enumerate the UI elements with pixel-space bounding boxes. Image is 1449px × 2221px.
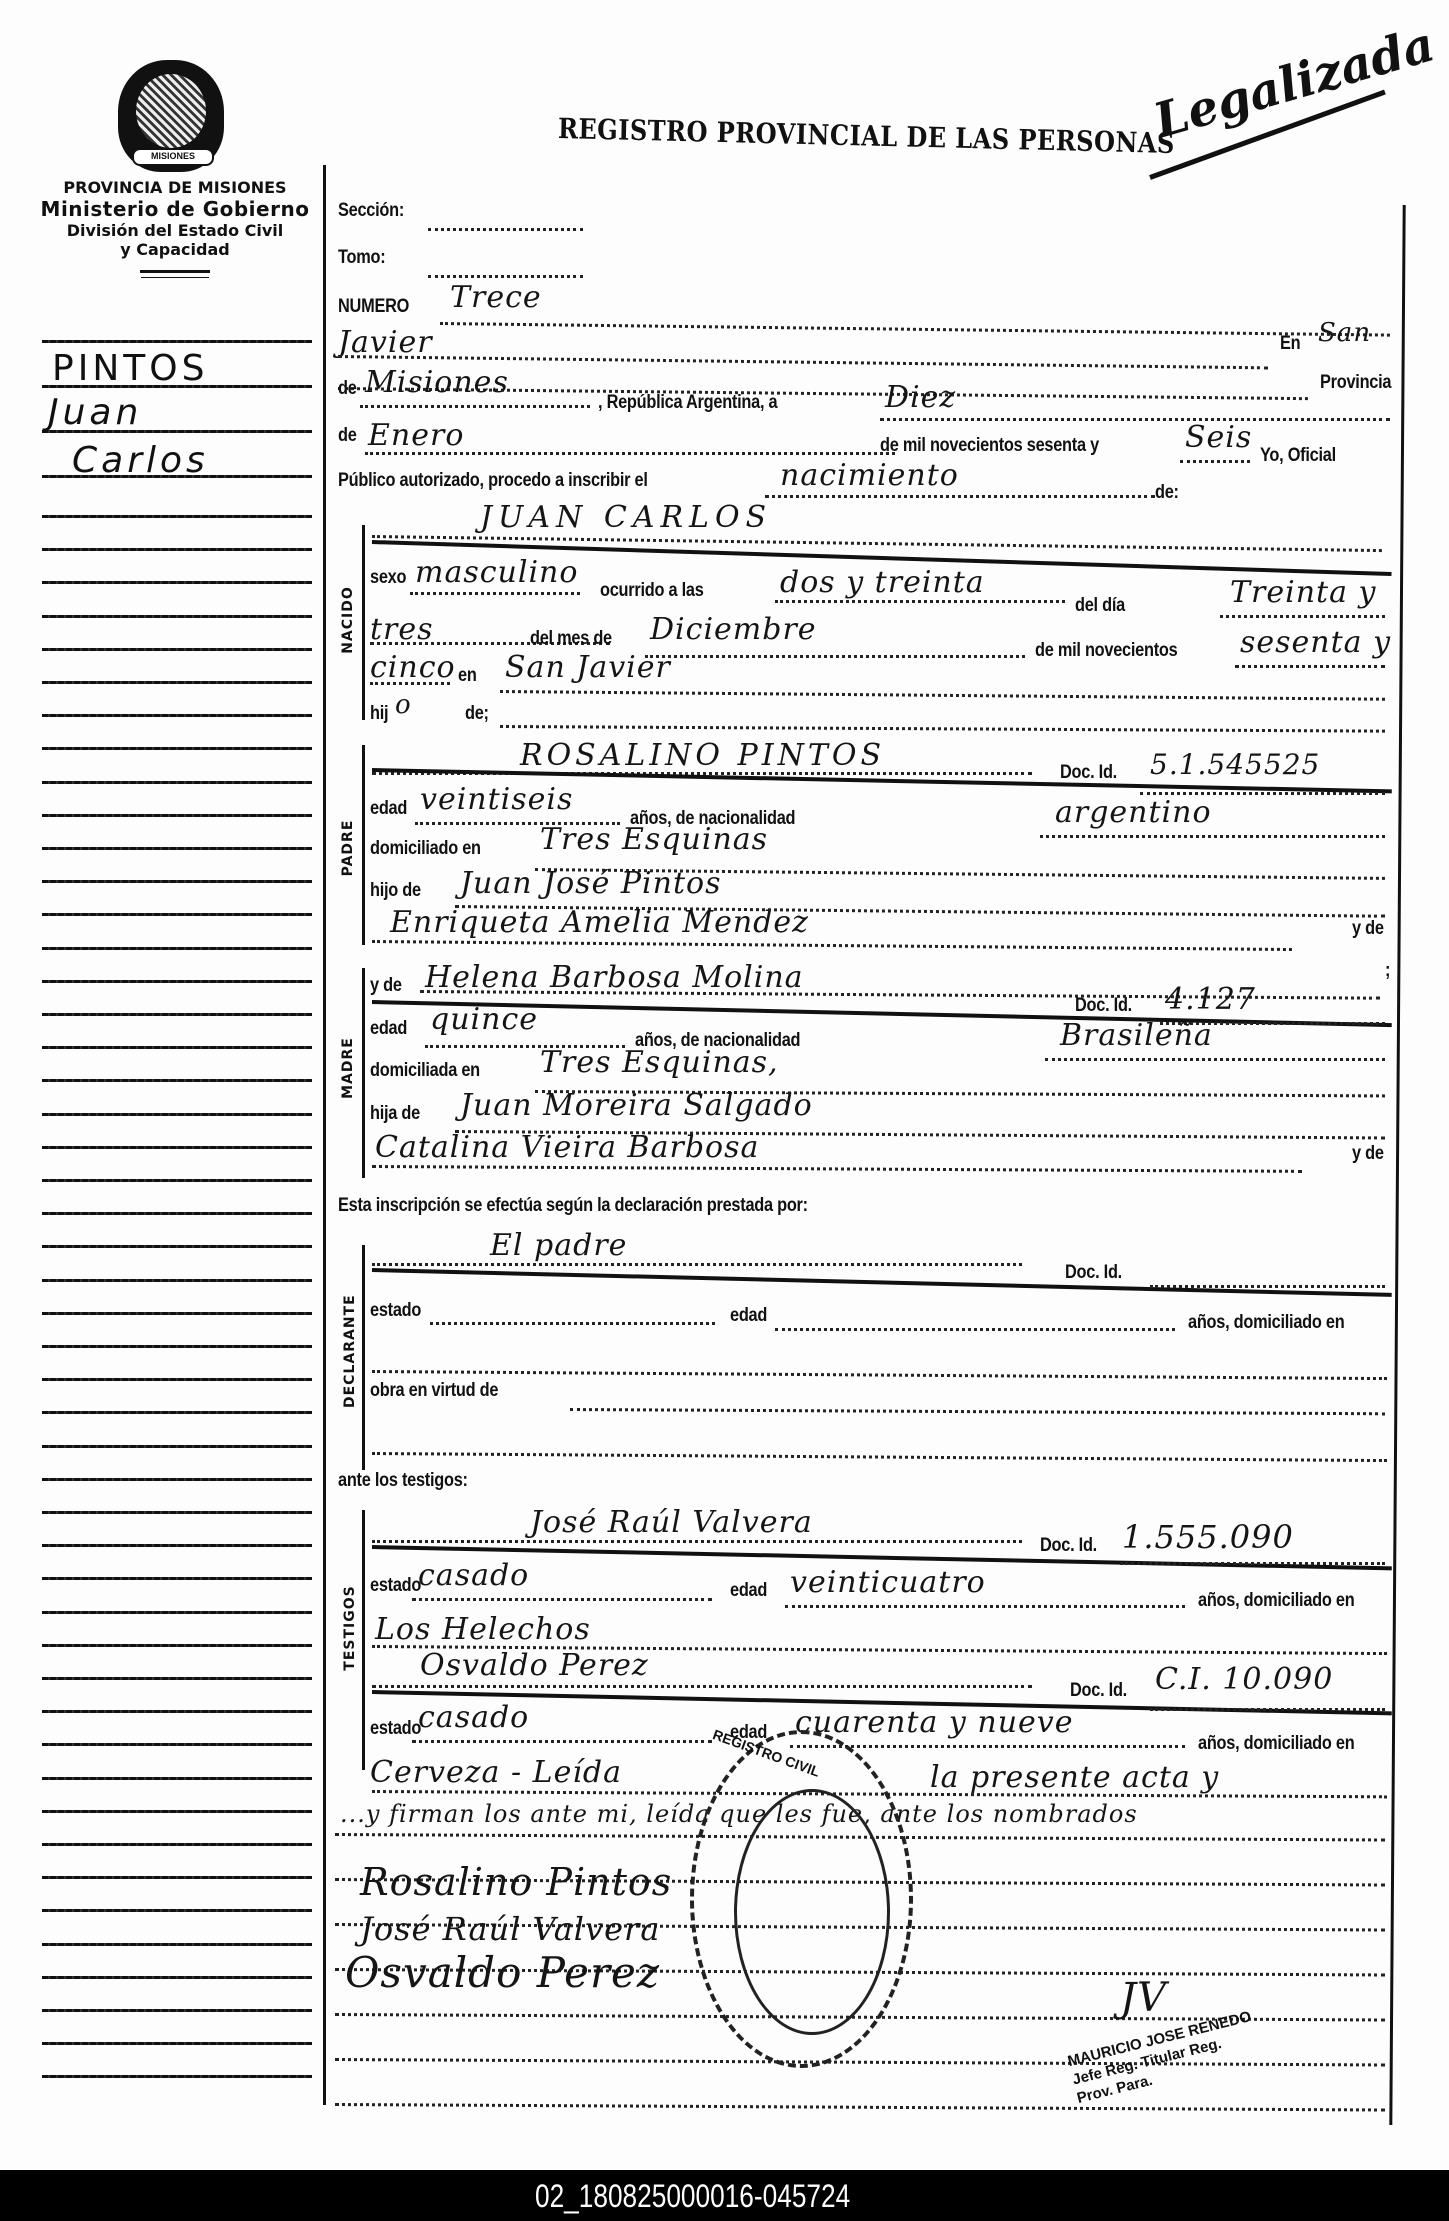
label-madre-domicilio: domiciliada en: [370, 1060, 480, 1082]
label-padre-domicilio: domiciliado en: [370, 838, 481, 860]
margin-ruled-line: [42, 1411, 312, 1414]
value-provincia: Misiones: [365, 365, 509, 400]
value-en: San: [1318, 318, 1371, 348]
margin-ruled-line: [42, 747, 312, 750]
section-bar-madre: [362, 968, 365, 1178]
margin-ruled-line: [42, 1179, 312, 1182]
section-bar-testigos: [362, 1510, 365, 1770]
section-label-madre: MADRE: [340, 1028, 356, 1108]
label-testigo1-doc: Doc. Id.: [1040, 1535, 1097, 1557]
margin-ruled-line: [42, 548, 312, 551]
field-hora[interactable]: [775, 600, 1065, 603]
value-anio-nac-cont: cinco: [370, 650, 456, 685]
value-dia-nac: Treinta y: [1230, 575, 1376, 610]
label-semicolon: ;: [1385, 960, 1390, 982]
value-madre-y-de: Catalina Vieira Barbosa: [375, 1130, 759, 1165]
signature-official: JV: [1120, 1975, 1167, 2021]
label-declaracion: Esta inscripción se efectúa según la dec…: [338, 1195, 808, 1217]
margin-ruled-line: [42, 1644, 312, 1647]
label-obra-virtud: obra en virtud de: [370, 1380, 498, 1402]
value-numero: Trece: [450, 280, 542, 315]
margin-ruled-line: [42, 1279, 312, 1282]
value-madre-domicilio: Tres Esquinas,: [540, 1045, 779, 1080]
margin-ruled-line: [42, 1113, 312, 1116]
margin-ruled-line: [42, 340, 312, 343]
field-declarante-edad[interactable]: [775, 1328, 1175, 1331]
value-testigo1-nombre: José Raúl Valvera: [530, 1505, 813, 1540]
value-madre-nacionalidad: Brasileña: [1060, 1018, 1213, 1053]
value-testigo2-domicilio: Cerveza - Leída: [370, 1755, 622, 1790]
margin-ruled-line: [42, 1611, 312, 1614]
crest-emblem-icon: [136, 74, 206, 148]
margin-ruled-line: [42, 1478, 312, 1481]
margin-divider: [323, 165, 326, 2105]
field-seccion[interactable]: [428, 228, 583, 231]
margin-ruled-line: [42, 1544, 312, 1547]
field-testigo1-nombre[interactable]: [372, 1540, 1022, 1543]
margin-ruled-line: [42, 1345, 312, 1348]
value-anio: Seis: [1185, 420, 1252, 455]
signature-witness-1: José Raúl Valvera: [360, 1910, 660, 1948]
margin-given-name-1: Juan: [48, 392, 142, 433]
value-padre-hijo-de: Juan José Pintos: [460, 866, 721, 901]
margin-ruled-line: [42, 847, 312, 850]
value-padre-edad: veintiseis: [420, 782, 573, 817]
signature-father: Rosalino Pintos: [360, 1860, 672, 1904]
section-label-declarante: DECLARANTE: [342, 1298, 358, 1408]
section-label-nacido: NACIDO: [340, 580, 356, 660]
margin-ruled-line: [42, 515, 312, 518]
field-padre-nacionalidad[interactable]: [1040, 835, 1385, 838]
label-madre-y-de-2: y de: [1352, 1143, 1384, 1165]
value-testigo1-domicilio: Los Helechos: [375, 1612, 591, 1647]
field-anio-nac[interactable]: [1235, 665, 1385, 668]
label-ocurrido: ocurrido a las: [600, 580, 704, 602]
value-dia: Diez: [885, 380, 956, 415]
value-acto: nacimiento: [780, 458, 959, 493]
value-madre-edad: quince: [430, 1002, 538, 1037]
margin-ruled-line: [42, 814, 312, 817]
field-declarante-domicilio[interactable]: [372, 1370, 1387, 1380]
margin-ruled-line: [42, 1445, 312, 1448]
margin-ruled-line: [42, 1013, 312, 1016]
label-padre-hijo-de: hijo de: [370, 880, 421, 902]
value-lugar-nac: San Javier: [505, 650, 671, 685]
margin-ruled-line: [42, 2075, 312, 2078]
field-tomo[interactable]: [428, 275, 583, 278]
field-numero[interactable]: [440, 322, 1390, 337]
value-testigo1-edad: veinticuatro: [790, 1565, 986, 1600]
label-de-provincia: de: [338, 378, 357, 400]
document-title: REGISTRO PROVINCIAL DE LAS PERSONAS: [558, 112, 1175, 160]
field-hij[interactable]: [500, 725, 1385, 733]
margin-ruled-line: [42, 781, 312, 784]
margin-ruled-line: [42, 430, 312, 433]
label-declarante-doc: Doc. Id.: [1065, 1262, 1122, 1284]
scan-id-label: 02_180825000016-045724: [535, 2178, 850, 2215]
label-de-colon: de:: [1155, 482, 1179, 504]
value-testigo2-edad: cuarenta y nueve: [795, 1705, 1074, 1740]
crest-ribbon: MISIONES: [132, 148, 214, 166]
field-mes[interactable]: [365, 452, 895, 455]
field-obra-virtud-2[interactable]: [372, 1452, 1387, 1462]
margin-ruled-line: [42, 714, 312, 717]
value-padre-domicilio: Tres Esquinas: [540, 822, 768, 857]
province-crest-logo: MISIONES: [118, 60, 224, 172]
field-testigo1-doc[interactable]: [1120, 1562, 1385, 1565]
label-publico: Público autorizado, procedo a inscribir …: [338, 470, 648, 492]
value-anio-nac: sesenta y: [1240, 625, 1391, 660]
field-declarante-estado[interactable]: [430, 1322, 715, 1325]
value-madre-hija-de: Juan Moreira Salgado: [460, 1088, 813, 1123]
label-en-lugar: en: [458, 665, 477, 687]
label-declarante-edad: edad: [730, 1305, 767, 1327]
field-madre-y-de[interactable]: [372, 1165, 1302, 1173]
field-testigo2-doc[interactable]: [1150, 1708, 1385, 1711]
value-padre-nacionalidad: argentino: [1055, 795, 1212, 830]
section-label-padre: PADRE: [340, 808, 356, 888]
margin-ruled-line: [42, 880, 312, 883]
label-madre-doc: Doc. Id.: [1075, 995, 1132, 1017]
field-madre-nacionalidad[interactable]: [1045, 1058, 1385, 1061]
value-hij-suffix: o: [395, 690, 412, 720]
label-padre-doc: Doc. Id.: [1060, 762, 1117, 784]
margin-ruled-line: [42, 385, 312, 388]
label-del-mes: del mes de: [530, 628, 612, 650]
margin-surname: PINTOS: [52, 348, 208, 389]
margin-ruled-line: [42, 615, 312, 618]
margin-ruled-line: [42, 1046, 312, 1049]
value-nombre-nacido: JUAN CARLOS: [480, 500, 772, 535]
field-padre-y-de[interactable]: [372, 940, 1292, 951]
label-yo-oficial: Yo, Oficial: [1260, 445, 1336, 467]
margin-ruled-line: [42, 1677, 312, 1680]
margin-ruled-line: [42, 980, 312, 983]
margin-ruled-line: [42, 1577, 312, 1580]
margin-ruled-line: [42, 1876, 312, 1879]
label-declarante-estado: estado: [370, 1300, 421, 1322]
label-declarante-domicilio: años, domiciliado en: [1188, 1312, 1344, 1334]
label-de-mes: de: [338, 425, 357, 447]
value-hora: dos y treinta: [780, 565, 985, 600]
value-testigo1-estado: casado: [418, 1558, 529, 1593]
signature-line-6: [335, 2103, 1385, 2111]
field-provincia[interactable]: [360, 405, 590, 408]
agency-division: División del Estado Civil: [20, 221, 330, 240]
legalization-annotation: Legalizada: [1148, 16, 1441, 149]
margin-ruled-line: [42, 2009, 312, 2012]
margin-ruled-line: [42, 1710, 312, 1713]
label-provincia: Provincia: [1320, 372, 1391, 394]
label-padre-y-de: y de: [1352, 918, 1384, 940]
agency-ministry: Ministerio de Gobierno: [20, 197, 330, 221]
value-padre-y-de: Enriqueta Amelia Mendez: [390, 905, 809, 940]
label-ante-testigos: ante los testigos:: [338, 1470, 468, 1492]
label-testigo1-estado: estado: [370, 1575, 421, 1597]
value-padre-nombre: ROSALINO PINTOS: [520, 738, 885, 773]
issuing-agency: PROVINCIA DE MISIONES Ministerio de Gobi…: [20, 178, 330, 273]
label-testigo1-edad: edad: [730, 1580, 767, 1602]
margin-ruled-line: [42, 648, 312, 651]
label-seccion: Sección:: [338, 200, 404, 222]
field-lugar-nac[interactable]: [500, 690, 1385, 701]
margin-ruled-line: [42, 1511, 312, 1514]
margin-ruled-line: [42, 947, 312, 950]
registry-seal-inner-ring: [734, 1789, 890, 2035]
value-testigo2-doc: C.I. 10.090: [1155, 1662, 1333, 1697]
margin-ruled-line: [42, 1378, 312, 1381]
label-sexo: sexo: [370, 567, 406, 589]
label-republica: , República Argentina, a: [598, 392, 777, 414]
margin-ruled-line: [42, 1312, 312, 1315]
label-hij: hij: [370, 703, 388, 725]
field-acto[interactable]: [765, 495, 1155, 498]
field-anio[interactable]: [1180, 460, 1250, 463]
margin-ruled-line: [42, 1743, 312, 1746]
label-padre-edad: edad: [370, 798, 407, 820]
value-mes-nac: Diciembre: [650, 612, 817, 647]
field-dia[interactable]: [880, 418, 1390, 421]
section-bar-declarante: [362, 1245, 365, 1470]
value-mes: Enero: [368, 418, 464, 453]
page-right-border: [1389, 205, 1405, 2125]
margin-ruled-line: [42, 1212, 312, 1215]
field-obra-virtud[interactable]: [570, 1408, 1385, 1415]
field-mes-nac[interactable]: [645, 655, 1025, 658]
label-mil-sesenta: de mil novecientos sesenta y: [880, 435, 1099, 457]
value-testigo2-nombre: Osvaldo Perez: [420, 1648, 649, 1683]
value-madre-doc: 4.127: [1165, 982, 1256, 1017]
label-tomo: Tomo:: [338, 247, 385, 269]
agency-capacity: y Capacidad: [20, 240, 330, 259]
margin-ruled-line: [42, 913, 312, 916]
label-madre-edad: edad: [370, 1018, 407, 1040]
margin-ruled-line: [42, 1079, 312, 1082]
divider-declarante: [372, 1268, 1392, 1297]
margin-ruled-line: [42, 2042, 312, 2045]
field-dia-nac[interactable]: [1220, 615, 1385, 618]
section-bar-padre: [362, 745, 365, 945]
margin-ruled-line: [42, 1810, 312, 1813]
official-name-stamp: MAURICIO JOSE RENEDO Jefe Reg. Titular R…: [1066, 2008, 1262, 2108]
label-en: En: [1280, 333, 1300, 355]
agency-underline: [140, 270, 210, 273]
field-testigo1-edad[interactable]: [785, 1605, 1185, 1608]
registry-seal-stamp: [690, 1730, 913, 2068]
value-testigo2-estado: casado: [418, 1700, 529, 1735]
value-sexo: masculino: [415, 555, 578, 590]
agency-province: PROVINCIA DE MISIONES: [20, 178, 330, 197]
label-testigo2-estado: estado: [370, 1718, 421, 1740]
margin-ruled-line: [42, 681, 312, 684]
margin-ruled-line: [42, 1943, 312, 1946]
margin-ruled-line: [42, 475, 312, 478]
field-nombre-nacido[interactable]: [372, 535, 1382, 552]
field-testigo2-nombre[interactable]: [372, 1685, 1032, 1688]
margin-ruled-line: [42, 1777, 312, 1780]
value-nota-1: la presente acta y: [930, 1760, 1219, 1795]
section-bar-nacido: [362, 525, 365, 720]
value-padre-doc: 5.1.545525: [1150, 748, 1320, 781]
field-anio-nac-cont[interactable]: [370, 682, 450, 685]
margin-ruled-line: [42, 1146, 312, 1149]
margin-ruled-line: [42, 1909, 312, 1912]
margin-ruled-line: [42, 1843, 312, 1846]
label-del-dia: del día: [1075, 595, 1125, 617]
margin-ruled-line: [42, 1245, 312, 1248]
field-testigo2-estado[interactable]: [412, 1740, 712, 1743]
value-declarante-nombre: El padre: [490, 1228, 627, 1263]
field-testigo1-estado[interactable]: [412, 1598, 712, 1601]
signature-witness-2: Osvaldo Perez: [345, 1948, 660, 1997]
label-numero: NUMERO: [338, 296, 409, 318]
label-mil-novecientos: de mil novecientos: [1035, 640, 1177, 662]
field-declarante-doc[interactable]: [1150, 1285, 1385, 1288]
label-madre-y-de: y de: [370, 975, 402, 997]
field-sexo[interactable]: [410, 592, 580, 595]
section-label-testigos: TESTIGOS: [342, 1583, 358, 1673]
field-declarante-nombre[interactable]: [372, 1263, 1022, 1266]
margin-ruled-line: [42, 581, 312, 584]
margin-ruled-line: [42, 1976, 312, 1979]
label-testigo2-doc: Doc. Id.: [1070, 1680, 1127, 1702]
value-testigo1-doc: 1.555.090: [1122, 1518, 1294, 1556]
label-hij-de: de;: [465, 703, 489, 725]
label-testigo2-domicilio: años, domiciliado en: [1198, 1733, 1354, 1755]
label-madre-hija-de: hija de: [370, 1103, 420, 1125]
label-testigo1-domicilio: años, domiciliado en: [1198, 1590, 1354, 1612]
